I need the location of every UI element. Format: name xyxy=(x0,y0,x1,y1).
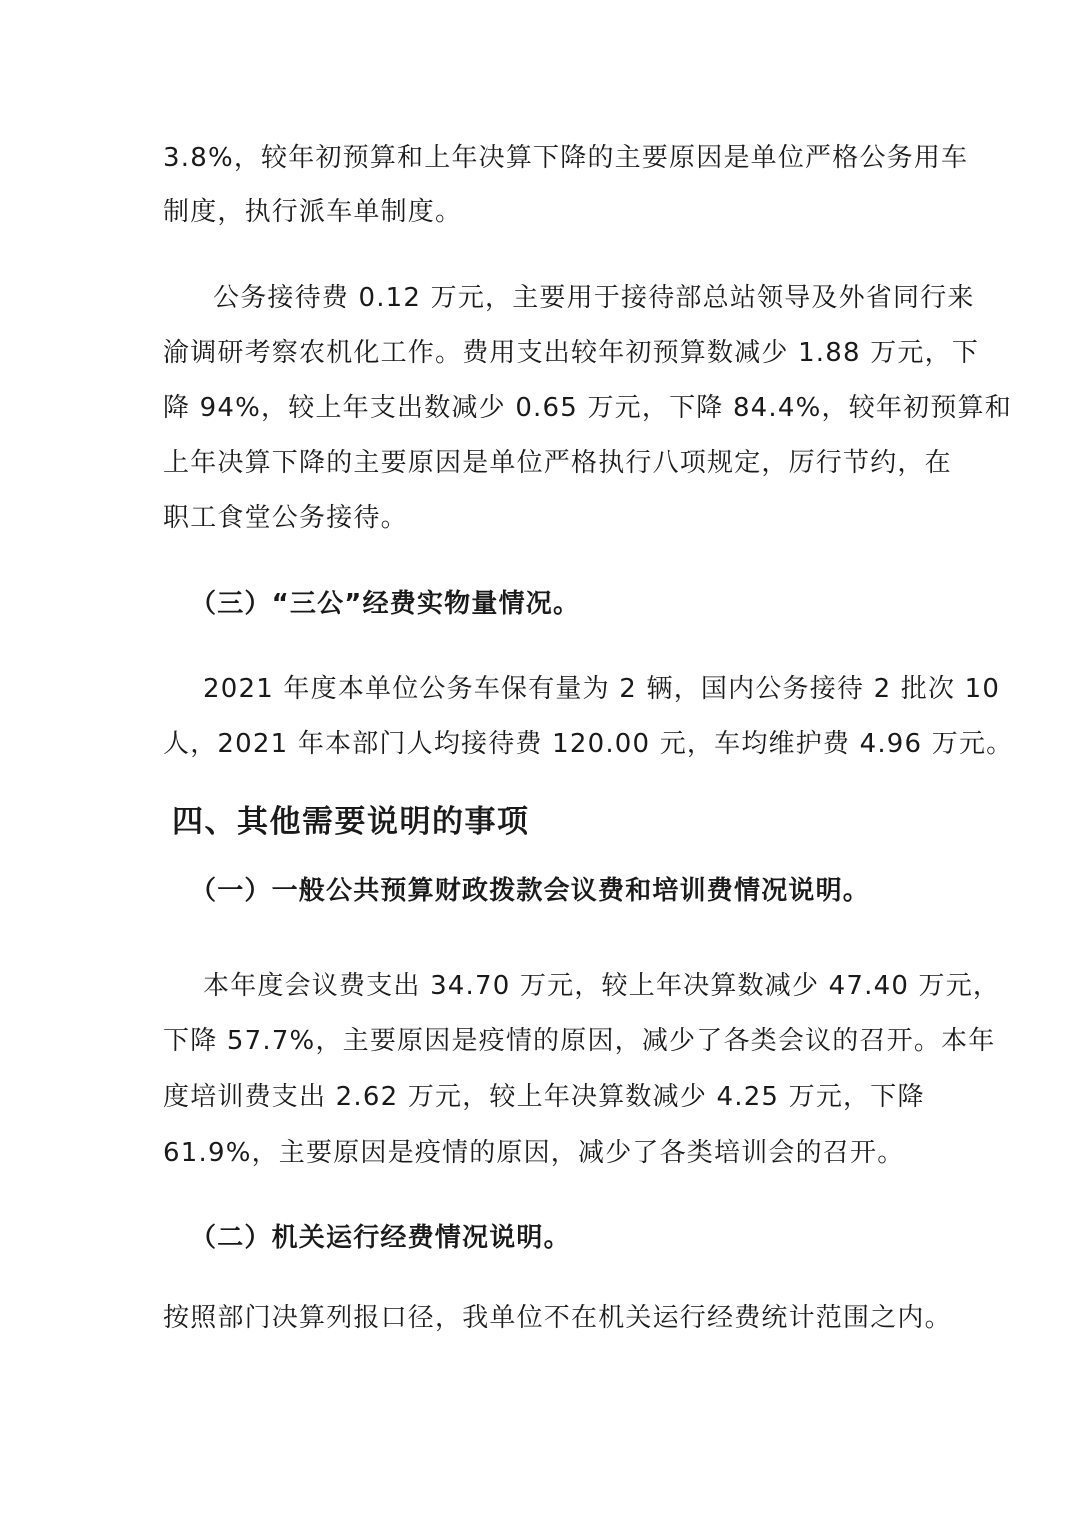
paragraph-line: 公务接待费 0.12 万元，主要用于接待部总站领导及外省同行来 xyxy=(213,282,975,314)
subheading-meeting-training-fees: （一）一般公共预算财政拨款会议费和培训费情况说明。 xyxy=(190,875,870,907)
paragraph-line: 人，2021 年本部门人均接待费 120.00 元，车均维护费 4.96 万元。 xyxy=(163,728,1013,760)
paragraph-line: 渝调研考察农机化工作。费用支出较年初预算数减少 1.88 万元，下 xyxy=(163,337,979,369)
subheading-three-public-expenses: （三）“三公”经费实物量情况。 xyxy=(190,588,580,620)
paragraph-line: 下降 57.7%，主要原因是疫情的原因，减少了各类会议的召开。本年 xyxy=(163,1025,995,1057)
paragraph-line: 2021 年度本单位公务车保有量为 2 辆，国内公务接待 2 批次 10 xyxy=(203,673,1000,705)
paragraph-line: 制度，执行派车单制度。 xyxy=(163,196,462,228)
paragraph-line: 上年决算下降的主要原因是单位严格执行八项规定，厉行节约，在 xyxy=(163,447,952,479)
paragraph-line: 61.9%，主要原因是疫情的原因，减少了各类培训会的召开。 xyxy=(163,1137,904,1169)
paragraph-line: 降 94%，较上年支出数减少 0.65 万元，下降 84.4%，较年初预算和 xyxy=(163,392,1012,424)
section-heading-other-matters: 四、其他需要说明的事项 xyxy=(172,806,530,838)
paragraph-line: 按照部门决算列报口径，我单位不在机关运行经费统计范围之内。 xyxy=(163,1302,952,1334)
paragraph-line: 度培训费支出 2.62 万元，较上年决算数减少 4.25 万元，下降 xyxy=(163,1081,925,1113)
paragraph-line: 3.8%，较年初预算和上年决算下降的主要原因是单位严格公务用车 xyxy=(163,142,968,174)
paragraph-line: 职工食堂公务接待。 xyxy=(163,502,408,534)
subheading-operating-expenses: （二）机关运行经费情况说明。 xyxy=(190,1222,571,1254)
paragraph-line: 本年度会议费支出 34.70 万元，较上年决算数减少 47.40 万元， xyxy=(203,970,1000,1002)
